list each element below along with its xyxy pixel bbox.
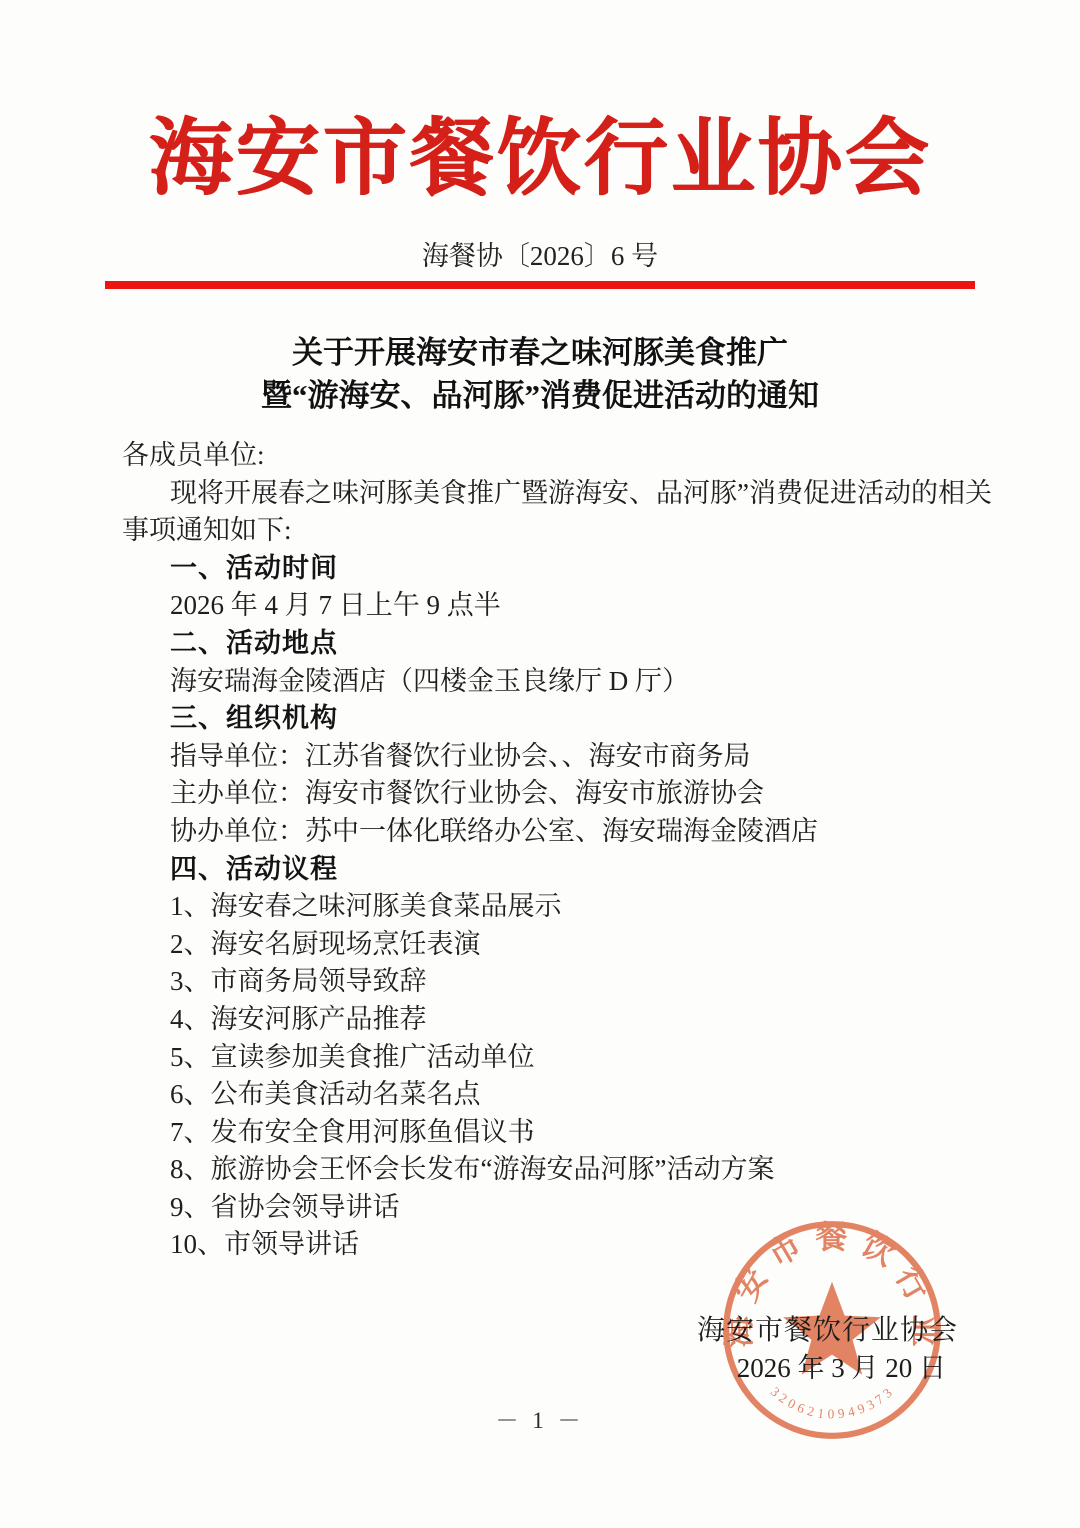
body-line: 海安瑞海金陵酒店（四楼金玉良缘厅 D 厅） <box>122 663 962 701</box>
red-divider-line <box>105 281 975 289</box>
document-page: 海安市餐饮行业协会 海餐协〔2026〕6 号 关于开展海安市春之味河豚美食推广 … <box>0 0 1080 1528</box>
section-heading: 四、活动议程 <box>122 851 962 889</box>
document-title-line2: 暨“游海安、品河豚”消费促进活动的通知 <box>0 374 1080 417</box>
document-body: 各成员单位: 现将开展春之味河豚美食推广暨游海安、品河豚”消费促进活动的相关 事… <box>122 437 962 1264</box>
body-line: 协办单位：苏中一体化联络办公室、海安瑞海金陵酒店 <box>122 813 962 851</box>
document-number: 海餐协〔2026〕6 号 <box>0 240 1080 272</box>
body-line: 6、公布美食活动名菜名点 <box>122 1076 962 1114</box>
body-line: 4、海安河豚产品推荐 <box>122 1001 962 1039</box>
body-line: 2、海安名厨现场烹饪表演 <box>122 926 962 964</box>
intro-line-2: 事项通知如下: <box>122 512 962 550</box>
section-heading: 一、活动时间 <box>122 550 962 588</box>
section-heading: 二、活动地点 <box>122 625 962 663</box>
body-line: 主办单位：海安市餐饮行业协会、海安市旅游协会 <box>122 775 962 813</box>
signature-organization: 海安市餐饮行业协会 <box>697 1308 958 1348</box>
stamp-serial-number: 3206210949373 <box>768 1384 897 1422</box>
body-line: 7、发布安全食用河豚鱼倡议书 <box>122 1114 962 1152</box>
intro-line-1: 现将开展春之味河豚美食推广暨游海安、品河豚”消费促进活动的相关 <box>122 475 962 513</box>
letterhead-org-title: 海安市餐饮行业协会 <box>0 108 1080 212</box>
signature-date: 2026 年 3 月 20 日 <box>737 1346 946 1385</box>
body-line: 5、宣读参加美食推广活动单位 <box>122 1039 962 1077</box>
document-title: 关于开展海安市春之味河豚美食推广 暨“游海安、品河豚”消费促进活动的通知 <box>0 331 1080 417</box>
salutation: 各成员单位: <box>122 437 962 475</box>
body-line: 指导单位：江苏省餐饮行业协会、、海安市商务局 <box>122 738 962 776</box>
body-line: 2026 年 4 月 7 日上午 9 点半 <box>122 587 962 625</box>
document-title-line1: 关于开展海安市春之味河豚美食推广 <box>0 331 1080 374</box>
body-line: 1、海安春之味河豚美食菜品展示 <box>122 888 962 926</box>
section-heading: 三、组织机构 <box>122 700 962 738</box>
sections: 一、活动时间2026 年 4 月 7 日上午 9 点半二、活动地点海安瑞海金陵酒… <box>122 550 962 1264</box>
body-line: 8、旅游协会王怀会长发布“游海安品河豚”活动方案 <box>122 1151 962 1189</box>
body-line: 3、市商务局领导致辞 <box>122 963 962 1001</box>
